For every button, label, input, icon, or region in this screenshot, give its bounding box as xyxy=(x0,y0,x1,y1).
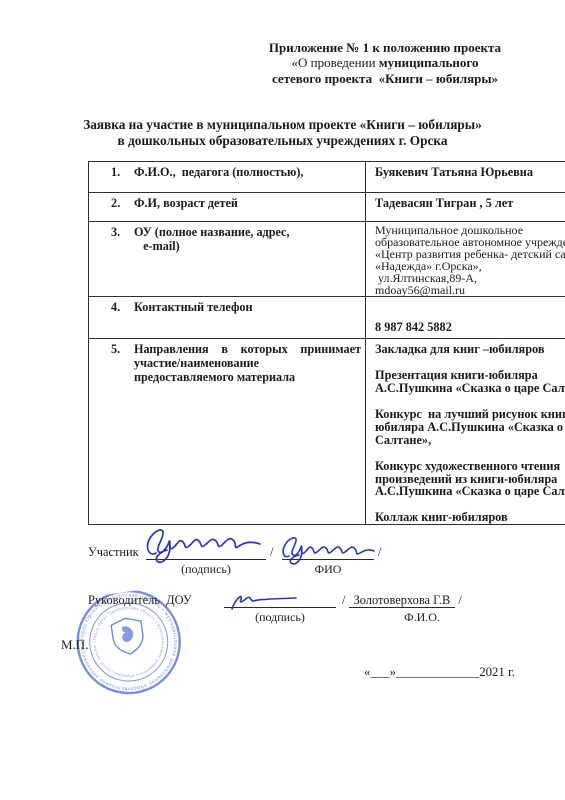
participant-name-handwriting-icon xyxy=(278,531,378,567)
title-line-1: Заявка на участие в муниципальном проект… xyxy=(0,117,565,133)
head-signature-icon xyxy=(220,589,310,615)
participant-signature-icon xyxy=(142,523,270,567)
row-number: 3. xyxy=(111,225,134,239)
row-number: 1. xyxy=(111,165,134,179)
table-row: 5.Направления в которых принимает участи… xyxy=(89,339,565,525)
row-label: 4.Контактный телефон xyxy=(134,300,361,314)
table-row: 1.Ф.И.О., педагога (полностью), Буякевич… xyxy=(89,162,565,193)
row-number: 4. xyxy=(111,300,134,314)
row-value: Муниципальное дошкольное образовательное… xyxy=(375,225,565,296)
head-label: Руководитель ДОУ xyxy=(88,593,212,608)
row-label: 3.ОУ (полное название, адрес, e-mail) xyxy=(134,225,361,253)
participant-signature-section: Участник / / (подпись) ФИО xyxy=(88,537,386,577)
head-signature-section: Руководитель ДОУ / Золотоверхова Г.В / (… xyxy=(88,589,502,625)
participant-label: Участник xyxy=(88,545,146,560)
header-line-3: сетевого проекта «Книги – юбиляры» xyxy=(252,71,518,86)
header-block: Приложение № 1 к положению проекта «О пр… xyxy=(252,40,518,86)
title-line-2: в дошкольных образовательных учреждениях… xyxy=(0,133,565,149)
head-signature-line xyxy=(224,589,336,608)
header-line-2-bold: муниципального xyxy=(379,55,479,70)
head-name: Золотоверхова Г.В xyxy=(349,593,456,608)
row-label: 1.Ф.И.О., педагога (полностью), xyxy=(134,165,361,179)
stamp-place-label: М.П. xyxy=(61,637,88,653)
row-value: 8 987 842 5882 xyxy=(375,300,565,335)
application-table: 1.Ф.И.О., педагога (полностью), Буякевич… xyxy=(88,161,565,525)
document-page: Приложение № 1 к положению проекта «О пр… xyxy=(0,0,565,800)
table-row: 2.Ф.И, возраст детей Тадевасян Тигран , … xyxy=(89,193,565,222)
header-line-1: Приложение № 1 к положению проекта xyxy=(252,40,518,55)
row-value: Тадевасян Тигран , 5 лет xyxy=(375,196,565,211)
participant-signature-line xyxy=(146,537,266,560)
row-value: Буякевич Татьяна Юрьевна xyxy=(375,165,565,180)
stamp-emblem xyxy=(121,625,135,642)
slash-separator: / xyxy=(458,593,461,607)
header-line-2-regular: «О проведении xyxy=(292,55,379,70)
head-fio-caption: Ф.И.О. xyxy=(342,608,502,625)
slash-separator: / xyxy=(342,593,345,607)
table-row: 3.ОУ (полное название, адрес, e-mail) Му… xyxy=(89,222,565,297)
row-label: 2.Ф.И, возраст детей xyxy=(134,196,361,210)
row-number: 2. xyxy=(111,196,134,210)
row-number: 5. xyxy=(111,342,134,356)
table-row: 4.Контактный телефон 8 987 842 5882 xyxy=(89,297,565,339)
row-label: 5.Направления в которых принимает участи… xyxy=(134,342,361,384)
page-title: Заявка на участие в муниципальном проект… xyxy=(0,117,565,149)
date-line: «___»_____________2021 г. xyxy=(364,665,515,680)
participant-name-line xyxy=(282,537,374,560)
header-line-2: «О проведении муниципального xyxy=(252,55,518,70)
row-value: Закладка для книг –юбиляров Презентация … xyxy=(375,342,565,524)
